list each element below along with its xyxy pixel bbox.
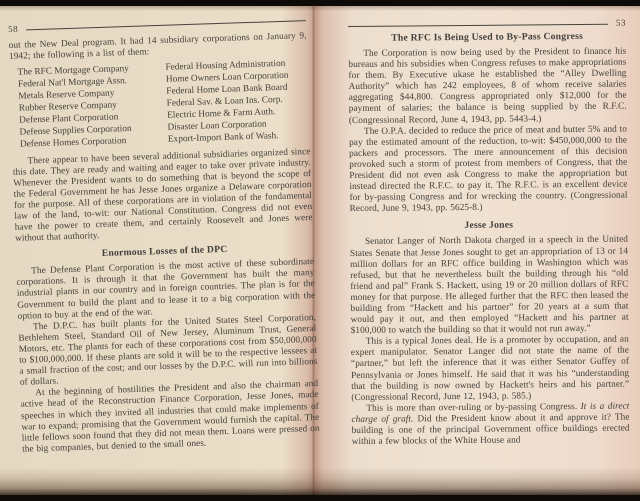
bottom-edge-shadow [0, 467, 640, 495]
right-page-number: 53 [616, 18, 626, 28]
paragraph-dpc-3: At the beginning of hostilities the Pres… [20, 379, 320, 455]
left-page-number: 58 [8, 24, 18, 34]
book-scan: 58 out the New Deal program. It had 14 s… [0, 0, 640, 501]
paragraph-dpc-1: The Defense Plant Corporation is the mos… [16, 257, 316, 322]
subsidiaries-list: The RFC Mortgage Company Federal Nat'l M… [17, 58, 310, 151]
right-page: 53 The RFC Is Being Used to By-Pass Cong… [348, 18, 630, 449]
left-header-rule [26, 20, 306, 31]
subsidiaries-column-2: Federal Housing Administration Home Owne… [165, 58, 310, 146]
right-page-header: 53 [348, 18, 626, 30]
paragraph-rfc-1: The Corporation is now being used by the… [348, 47, 627, 127]
paragraph-subsidiaries: There appear to have been several additi… [12, 147, 313, 246]
heading-jesse-jones: Jesse Jones [350, 219, 628, 232]
paragraph-intro: out the New Deal program. It had 14 subs… [9, 31, 308, 63]
heading-rfc-bypass: The RFC Is Being Used to By-Pass Congres… [348, 31, 626, 44]
paragraph-jones-1: Senator Langer of North Dakota charged i… [350, 235, 629, 337]
paragraph-dpc-2: The D.P.C. has built plants for the Unit… [18, 313, 318, 389]
top-edge-shadow [0, 6, 640, 11]
paragraph-rfc-2: The O.P.A. decided to reduce the price o… [349, 124, 628, 215]
paragraph-jones-2: This is a typical Jones deal. He is a pr… [351, 335, 630, 404]
paragraph-graft-pre: This is more than over-ruling or by-pass… [366, 402, 580, 414]
left-page: 58 out the New Deal program. It had 14 s… [8, 14, 320, 456]
right-header-rule [348, 23, 608, 27]
paragraph-graft: This is more than over-ruling or by-pass… [351, 401, 629, 448]
subsidiaries-column-1: The RFC Mortgage Company Federal Nat'l M… [17, 63, 162, 151]
